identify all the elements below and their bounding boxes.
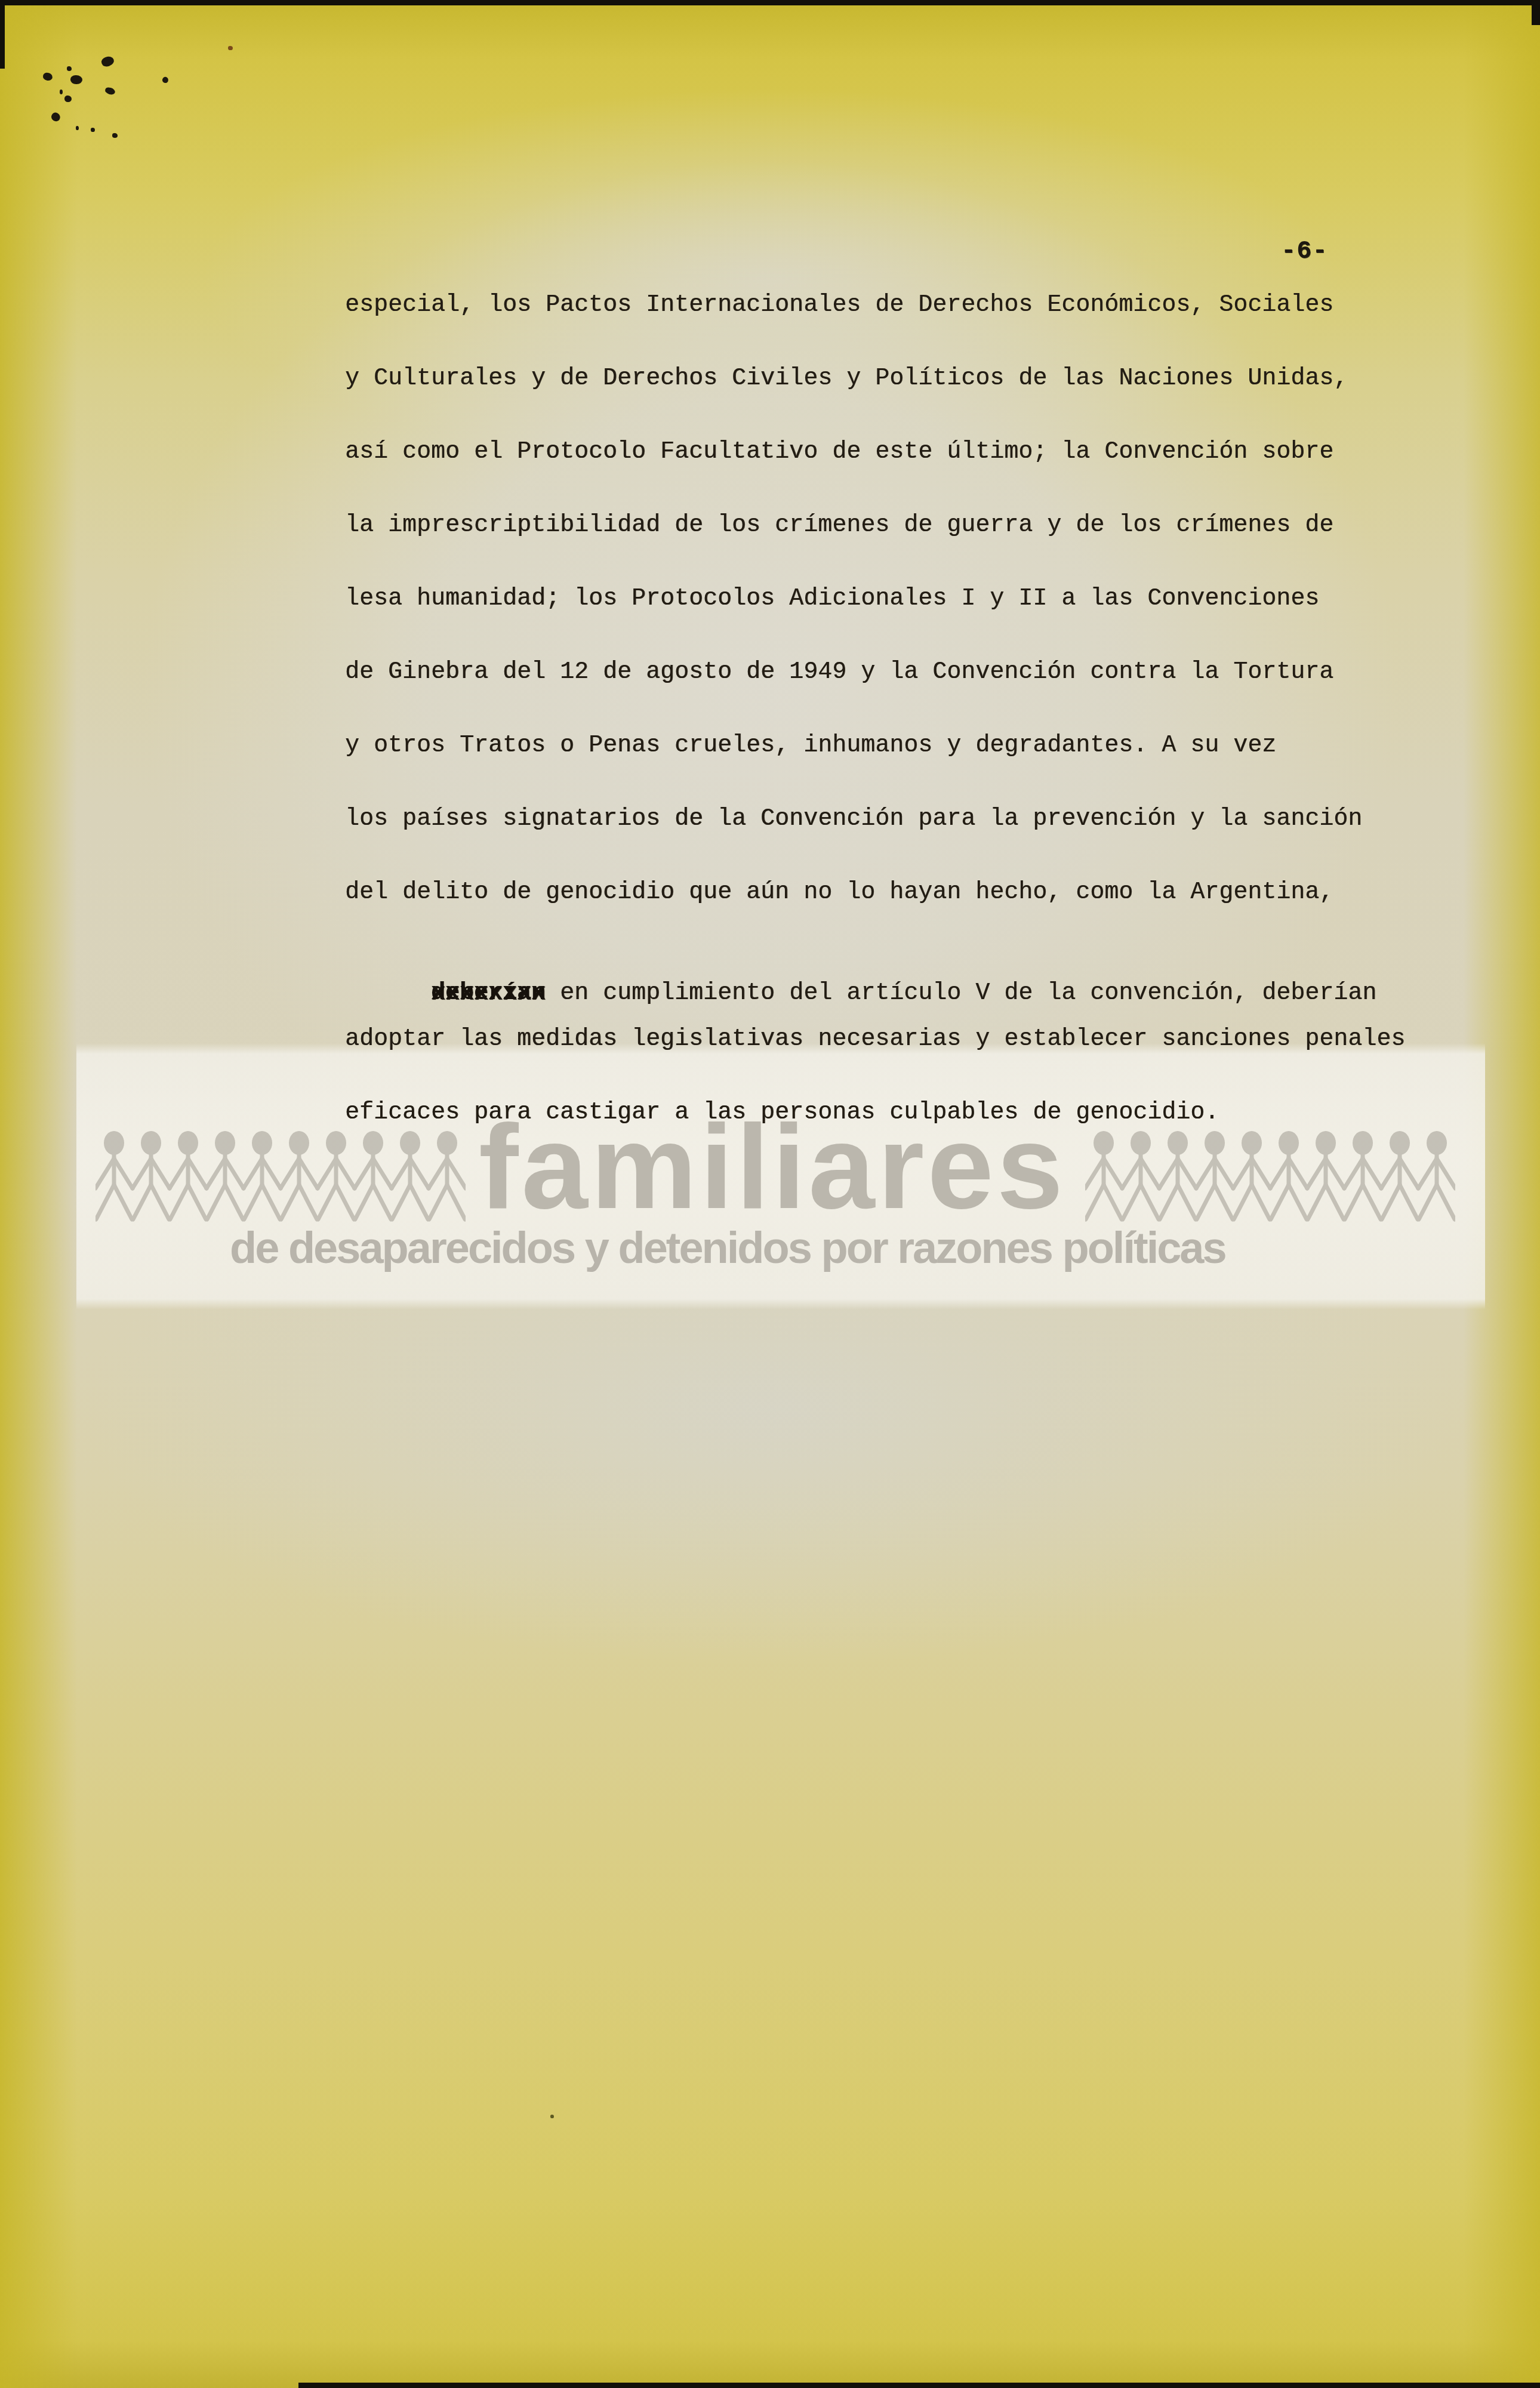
struck-word: deberíanxxxxxxxx xyxy=(431,980,546,1007)
strikeout-overlay: xxxxxxxx xyxy=(431,980,546,1007)
typed-line: especial, los Pactos Internacionales de … xyxy=(345,292,1333,319)
typed-line: y Culturales y de Derechos Civiles y Pol… xyxy=(345,365,1348,393)
typed-line: adoptar las medidas legislativas necesar… xyxy=(345,1026,1405,1053)
page-number: -6- xyxy=(1281,237,1328,266)
scan-edge-left xyxy=(0,0,5,69)
watermark-subtitle: de desaparecidos y detenidos por razones… xyxy=(230,1226,1225,1270)
ink-speck xyxy=(76,126,79,130)
typed-line-with-strikeout: deberíanxxxxxxxxen cumplimiento del artí… xyxy=(345,953,1376,1035)
ink-speck xyxy=(64,95,72,102)
scan-edge-bottom xyxy=(298,2383,1540,2388)
ink-speck xyxy=(161,76,170,84)
typed-line: del delito de genocidio que aún no lo ha… xyxy=(345,879,1333,907)
typed-line: eficaces para castigar a las personas cu… xyxy=(345,1099,1219,1127)
scanned-document-page: familiares de desaparecidos y detenidos … xyxy=(0,0,1540,2388)
scan-edge-top xyxy=(0,0,1540,5)
ink-speck xyxy=(228,46,233,50)
ink-speck xyxy=(112,133,118,138)
ink-speck xyxy=(42,72,53,82)
typed-line: la imprescriptibilidad de los crímenes d… xyxy=(345,512,1333,540)
typed-line: y otros Tratos o Penas crueles, inhumano… xyxy=(345,732,1276,760)
ink-speck xyxy=(67,66,72,71)
typed-line: así como el Protocolo Facultativo de est… xyxy=(345,439,1333,466)
ink-speck xyxy=(91,128,95,132)
paper-doll-chain-icon xyxy=(96,1130,466,1222)
ink-speck xyxy=(70,75,82,84)
ink-speck xyxy=(50,111,62,123)
typed-line: de Ginebra del 12 de agosto de 1949 y la… xyxy=(345,659,1333,686)
ink-speck xyxy=(60,90,63,94)
ink-speck xyxy=(104,87,116,95)
ink-speck xyxy=(100,55,115,68)
typed-line-rest: en cumplimiento del artículo V de la con… xyxy=(560,980,1376,1007)
scan-edge-top-right xyxy=(1532,0,1540,25)
ink-speck xyxy=(550,2115,554,2118)
paper-doll-chain-icon xyxy=(1085,1130,1455,1222)
typed-line: lesa humanidad; los Protocolos Adicional… xyxy=(345,586,1319,613)
typed-line: los países signatarios de la Convención … xyxy=(345,806,1362,833)
